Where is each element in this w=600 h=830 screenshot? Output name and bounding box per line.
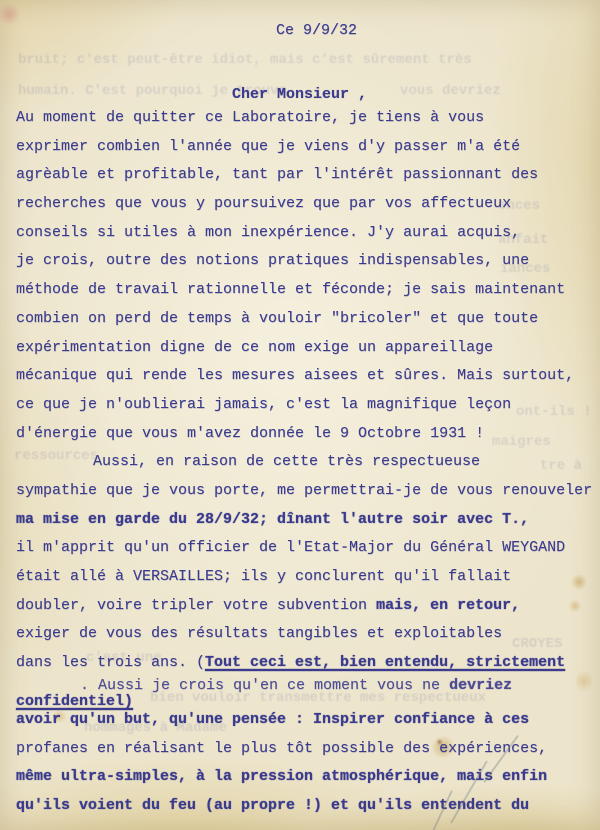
- letter-text-segment: d'énergie que vous m'avez donnée le 9 Oc…: [16, 425, 484, 442]
- letter-line: exiger de vous des résultats tangibles e…: [16, 620, 594, 649]
- salutation: Cher Monsieur ,: [232, 86, 367, 103]
- letter-line: qu'ils voient du feu (au propre !) et qu…: [16, 792, 594, 821]
- letter-text-segment: Au moment de quitter ce Laboratoire, je …: [16, 109, 484, 126]
- letter-text-segment: devriez: [449, 677, 512, 694]
- letter-line: profanes en réalisant le plus tôt possib…: [16, 735, 594, 764]
- letter-line: mécanique qui rende les mesures aisees e…: [16, 362, 594, 391]
- letter-text-segment: recherches que vous y poursuivez que par…: [16, 195, 511, 212]
- letter-text-segment: méthode de travail rationnelle et fécond…: [16, 281, 565, 298]
- letter-text-segment: doubler, voire tripler votre subvention: [16, 597, 376, 614]
- letter-text-segment: exprimer combien l'année que je viens d'…: [16, 138, 520, 155]
- letter-text-segment: ma mise en garde du 28/9/32; dînant l'au…: [16, 511, 529, 528]
- letter-text-segment: Tout ceci est, bien entendu, strictement: [205, 654, 565, 671]
- letter-line: doubler, voire tripler votre subvention …: [16, 592, 594, 621]
- letter-text-segment: avoir qu'un but, qu'une pensée : Inspire…: [16, 711, 529, 728]
- letter-text-segment: Aussi, en raison de cette très respectue…: [93, 453, 480, 470]
- letter-body: Au moment de quitter ce Laboratoire, je …: [16, 104, 594, 821]
- letter-line: ma mise en garde du 28/9/32; dînant l'au…: [16, 506, 594, 535]
- letter-line: sympathie que je vous porte, me permettr…: [16, 477, 594, 506]
- letter-line: . Aussi je crois qu'en ce moment vous ne…: [16, 678, 594, 694]
- letter-line: agrèable et profitable, tant par l'intér…: [16, 161, 594, 190]
- letter-line: je crois, outre des notions pratiques in…: [16, 247, 594, 276]
- letter-text-segment: même ultra-simples, à la pression atmosp…: [16, 768, 547, 785]
- letter-line: combien on perd de temps à vouloir "bric…: [16, 305, 594, 334]
- letter-text-segment: agrèable et profitable, tant par l'intér…: [16, 166, 538, 183]
- letter-text-segment: sympathie que je vous porte, me permettr…: [16, 482, 592, 499]
- letter-line: expérimentation digne de ce nom exige un…: [16, 334, 594, 363]
- letter-text-segment: était allé à VERSAILLES; ils y concluren…: [16, 568, 511, 585]
- letter-line: confidentiel): [16, 694, 594, 709]
- letter-text-segment: exiger de vous des résultats tangibles e…: [16, 625, 502, 642]
- letter-text-segment: mais, en retour,: [376, 597, 520, 614]
- ghost-text-fragment: vous devriez: [400, 83, 501, 99]
- letter-line: Aussi, en raison de cette très respectue…: [16, 448, 594, 477]
- pink-smudge-stain: [0, 4, 22, 24]
- letter-text-segment: je crois, outre des notions pratiques in…: [16, 252, 529, 269]
- letter-text-segment: dans les trois ans. (: [16, 654, 205, 671]
- letter-text-segment: mécanique qui rende les mesures aisees e…: [16, 367, 574, 384]
- letter-page: bruit; c'est peut-être idiot, mais c'est…: [0, 0, 600, 830]
- letter-text-segment: combien on perd de temps à vouloir "bric…: [16, 310, 538, 327]
- ghost-text-fragment: bruit; c'est peut-être idiot, mais c'est…: [18, 52, 472, 68]
- letter-line: exprimer combien l'année que je viens d'…: [16, 133, 594, 162]
- letter-line: il m'apprit qu'un officier de l'Etat-Maj…: [16, 534, 594, 563]
- letter-line: était allé à VERSAILLES; ils y concluren…: [16, 563, 594, 592]
- letter-line: ce que je n'oublierai jamais, c'est la m…: [16, 391, 594, 420]
- letter-text-segment: qu'ils voient du feu (au propre !) et qu…: [16, 797, 529, 814]
- letter-line: méthode de travail rationnelle et fécond…: [16, 276, 594, 305]
- letter-line: dans les trois ans. (Tout ceci est, bien…: [16, 649, 594, 678]
- letter-line: d'énergie que vous m'avez donnée le 9 Oc…: [16, 420, 594, 449]
- letter-text-segment: conseils si utiles à mon inexpérience. J…: [16, 224, 520, 241]
- letter-text-segment: confidentiel): [16, 693, 133, 710]
- letter-text-segment: ce que je n'oublierai jamais, c'est la m…: [16, 396, 511, 413]
- letter-line: conseils si utiles à mon inexpérience. J…: [16, 219, 594, 248]
- letter-line: même ultra-simples, à la pression atmosp…: [16, 763, 594, 792]
- letter-text-segment: profanes en réalisant le plus tôt possib…: [16, 740, 547, 757]
- date-line: Ce 9/9/32: [276, 22, 357, 39]
- letter-line: avoir qu'un but, qu'une pensée : Inspire…: [16, 709, 594, 735]
- letter-text-segment: il m'apprit qu'un officier de l'Etat-Maj…: [16, 539, 565, 556]
- letter-text-segment: expérimentation digne de ce nom exige un…: [16, 339, 493, 356]
- letter-line: recherches que vous y poursuivez que par…: [16, 190, 594, 219]
- letter-line: Au moment de quitter ce Laboratoire, je …: [16, 104, 594, 133]
- letter-text-segment: . Aussi je crois qu'en ce moment vous ne: [80, 677, 449, 694]
